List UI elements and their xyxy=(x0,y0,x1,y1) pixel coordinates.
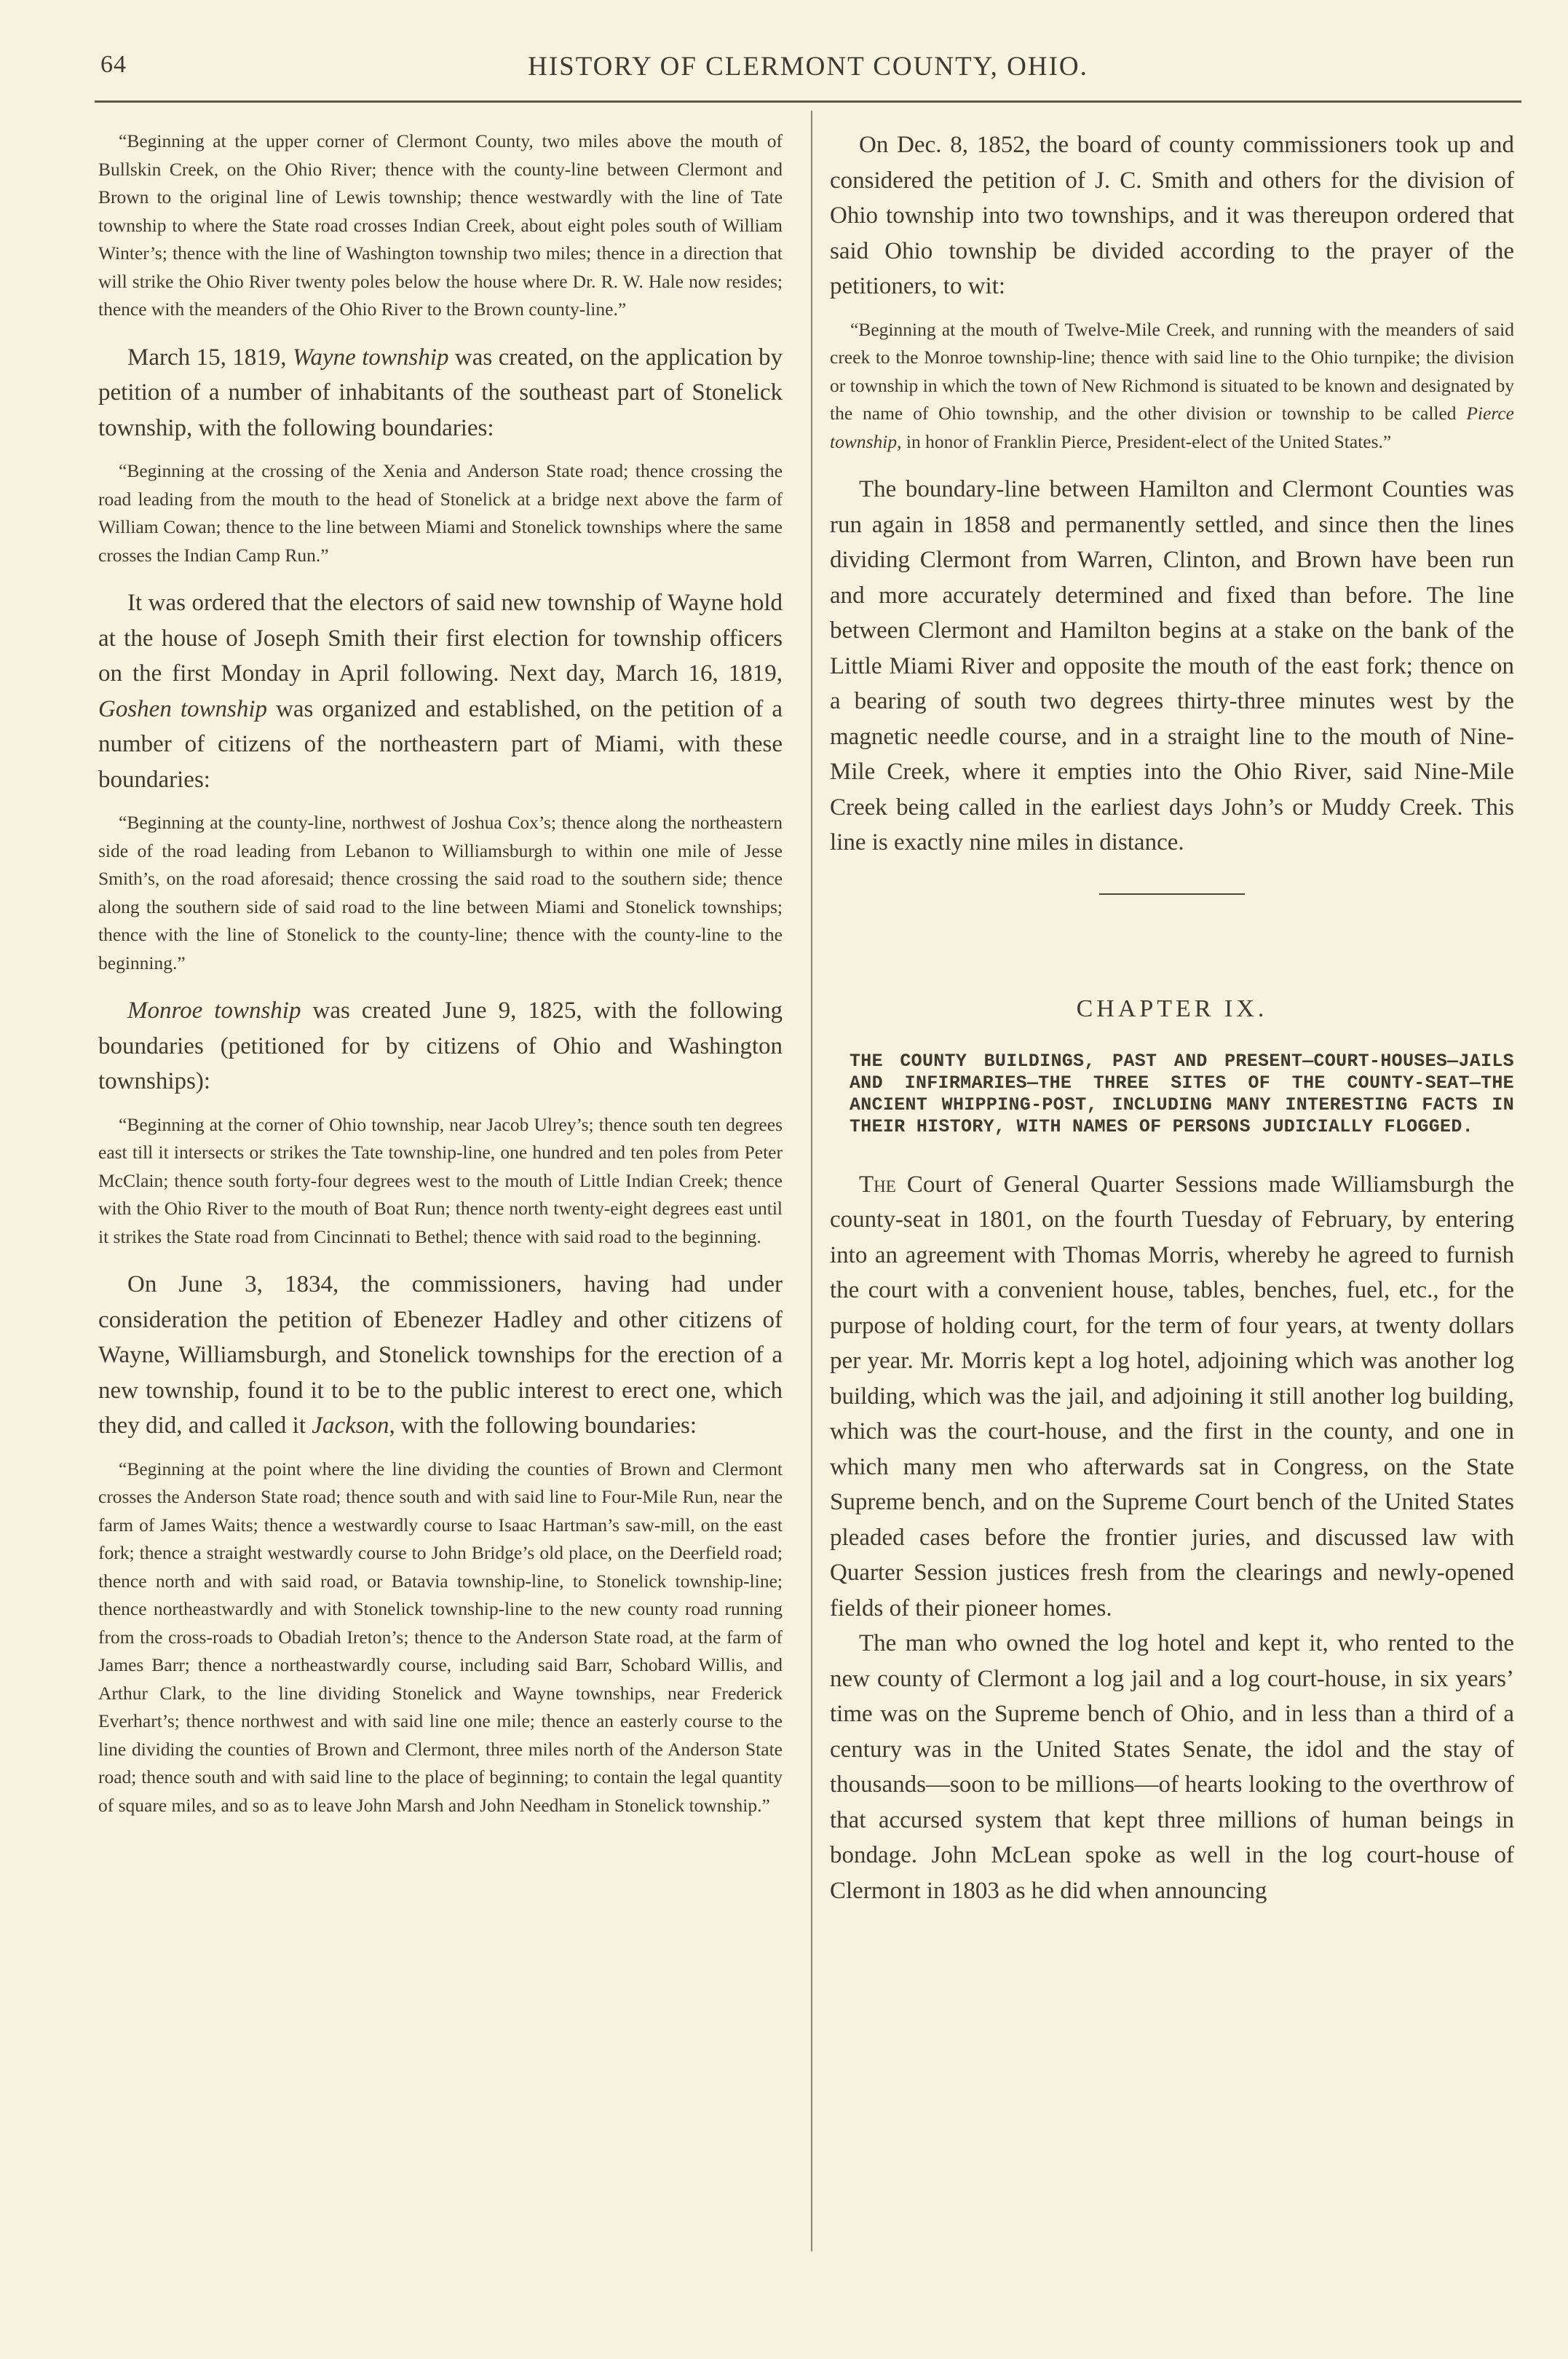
paragraph-goshen: It was ordered that the electors of said… xyxy=(98,585,783,797)
column-divider xyxy=(811,111,812,2251)
paragraph-jackson: On June 3, 1834, the commissioners, havi… xyxy=(98,1267,783,1444)
lead-word: The xyxy=(859,1171,896,1198)
goshen-township-italic: Goshen township xyxy=(98,696,267,722)
paragraph-wayne: March 15, 1819, Wayne township was creat… xyxy=(98,340,783,446)
jackson-italic: Jackson xyxy=(312,1412,389,1439)
paragraph-monroe: Monroe township was created June 9, 1825… xyxy=(98,993,783,1099)
monroe-township-italic: Monroe township xyxy=(127,997,301,1024)
left-column: “Beginning at the upper corner of Clermo… xyxy=(98,127,783,1819)
quote-boundary-ohio: “Beginning at the upper corner of Clermo… xyxy=(98,127,783,324)
header-rule xyxy=(95,100,1521,103)
paragraph-boundary-line: The boundary-line between Hamilton and C… xyxy=(830,472,1514,861)
quote-boundary-pierce: “Beginning at the mouth of Twelve-Mile C… xyxy=(830,316,1514,457)
right-column: On Dec. 8, 1852, the board of county com… xyxy=(830,127,1514,1908)
quote-boundary-goshen: “Beginning at the county-line, northwest… xyxy=(98,809,783,977)
paragraph-court-sessions: The Court of General Quarter Sessions ma… xyxy=(830,1167,1514,1627)
section-divider xyxy=(1099,893,1245,895)
running-title: HISTORY OF CLERMONT COUNTY, OHIO. xyxy=(95,51,1521,82)
wayne-township-italic: Wayne township xyxy=(293,344,448,371)
quote-boundary-wayne: “Beginning at the crossing of the Xenia … xyxy=(98,457,783,569)
paragraph-pierce: On Dec. 8, 1852, the board of county com… xyxy=(830,127,1514,304)
paragraph-mclean: The man who owned the log hotel and kept… xyxy=(830,1626,1514,1908)
quote-boundary-jackson: “Beginning at the point where the line d… xyxy=(98,1455,783,1820)
quote-boundary-monroe: “Beginning at the corner of Ohio townshi… xyxy=(98,1111,783,1252)
page-header: 64 HISTORY OF CLERMONT COUNTY, OHIO. xyxy=(95,44,1521,87)
chapter-subtitle: THE COUNTY BUILDINGS, PAST AND PRESENT—C… xyxy=(830,1051,1514,1138)
chapter-title: CHAPTER IX. xyxy=(830,995,1514,1023)
